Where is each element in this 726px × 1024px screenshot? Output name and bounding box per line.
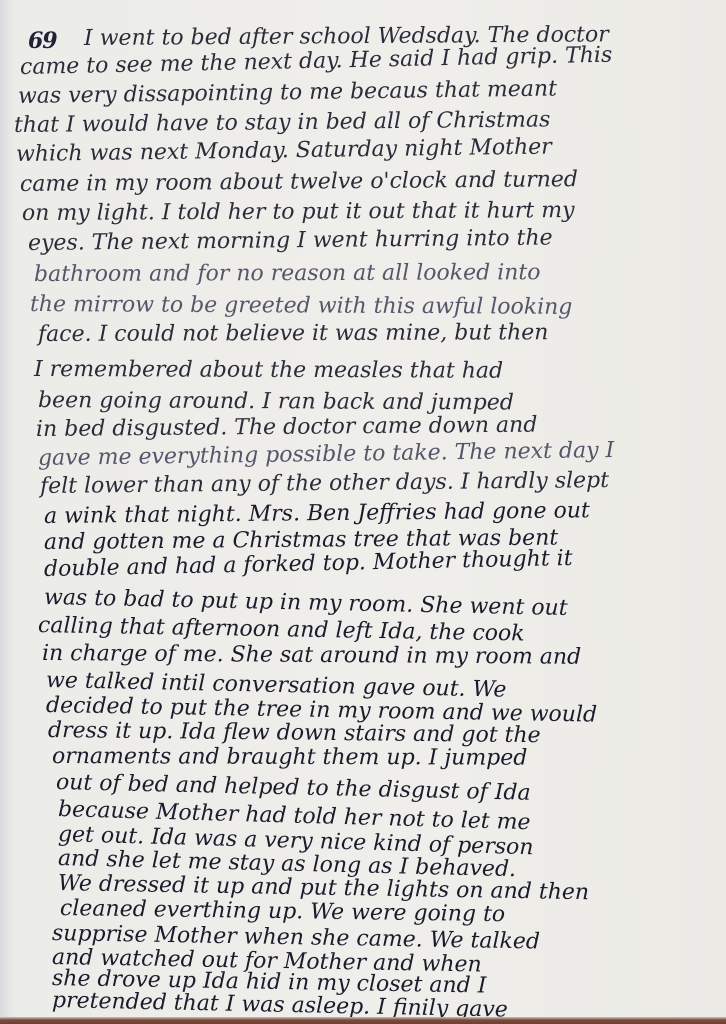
text-line-5: which was next Monday. Saturday night Mo… (16, 135, 552, 167)
text-line-4: that I would have to stay in bed all of … (14, 107, 551, 138)
text-line-9: bathroom and for no reason at all looked… (34, 260, 541, 287)
text-line-13: been going around. I ran back and jumped (38, 388, 514, 415)
text-line-22: in charge of me. She sat around in my ro… (42, 641, 581, 670)
text-line-10: the mirrow to be greeted with this awful… (30, 292, 573, 320)
page-bottom-edge (0, 1017, 726, 1024)
text-line-8: eyes. The next morning I went hurring in… (28, 226, 553, 256)
text-line-16: felt lower than any of the other days. I… (40, 468, 609, 499)
text-line-26: ornaments and braught them up. I jumped (52, 744, 527, 771)
handwritten-text-body: I went to bed after school Wedsday. The … (0, 0, 726, 1017)
text-line-17: a wink that night. Mrs. Ben Jeffries had… (44, 498, 590, 529)
text-line-7: on my light. I told her to put it out th… (22, 198, 575, 226)
text-line-12: I remembered about the measles that had (34, 357, 503, 384)
text-line-11: face. I could not believe it was mine, b… (38, 320, 549, 347)
text-line-6: came in my room about twelve o'clock and… (20, 167, 578, 197)
journal-page: 69 I went to bed after school Wedsday. T… (0, 0, 726, 1017)
text-line-15: gave me everything possible to take. The… (38, 438, 615, 471)
text-line-3: was very dissapointing to me becaus that… (18, 76, 557, 109)
text-line-14: in bed disgusted. The doctor came down a… (36, 413, 538, 442)
